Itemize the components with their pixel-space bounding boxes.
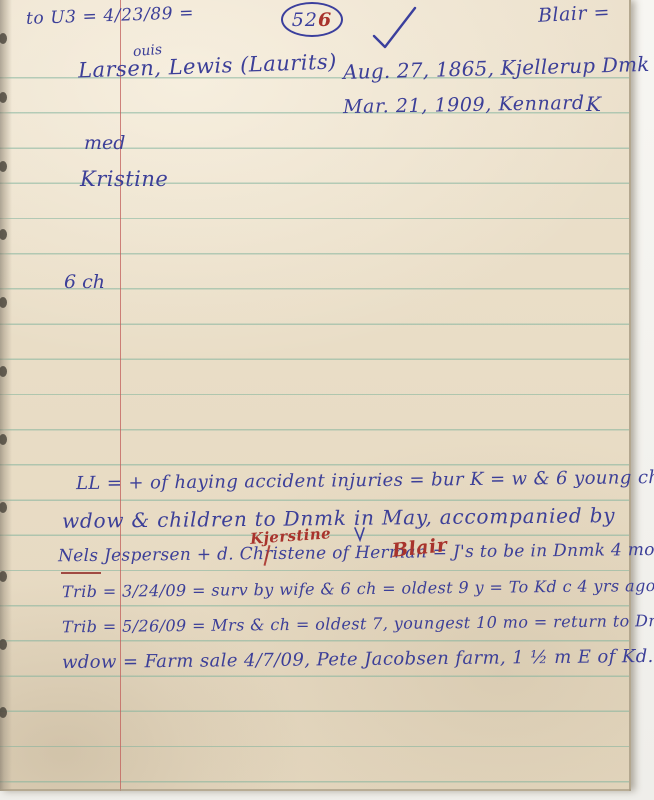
children-count: 6 ch [64, 271, 105, 293]
death-place-code: K [586, 92, 601, 116]
page-bottom-edge [0, 789, 631, 791]
checkmark-icon [363, 5, 425, 61]
death-date-place: Mar. 21, 1909, Kennard [343, 92, 585, 118]
married-label: med [84, 132, 125, 154]
insertion-caret-icon [352, 526, 368, 542]
red-underline-nels [61, 572, 101, 574]
spouse-name: Kristine [80, 167, 168, 191]
torn-left-edge [0, 0, 12, 791]
page-number-circle: 526 [281, 2, 343, 37]
page-number-red-digit: 6 [318, 9, 332, 31]
page-number-blue: 52 [292, 9, 318, 31]
header-surname: Blair = [537, 1, 610, 27]
